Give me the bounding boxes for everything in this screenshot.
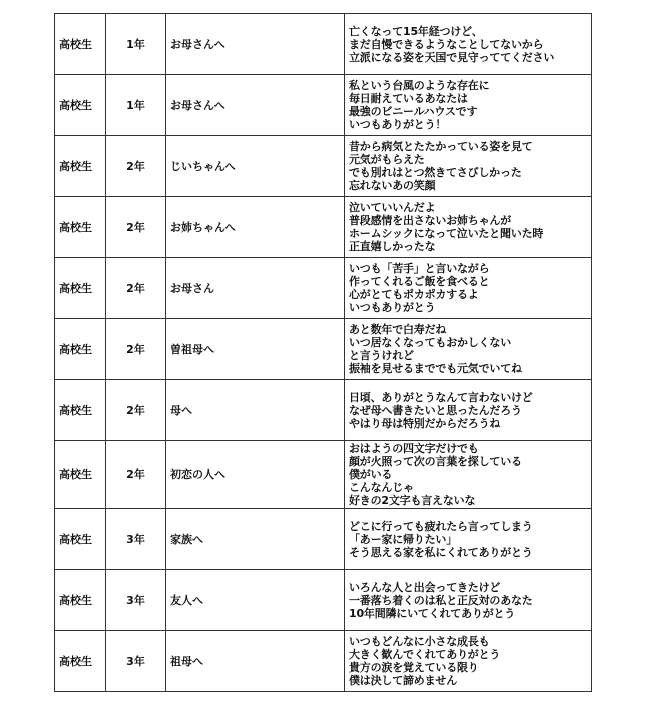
message-line: でも別れはとつ然きてさびしかった — [349, 166, 587, 179]
grade-cell: 2年 — [106, 258, 166, 319]
message-line: 元気がもらえた — [349, 153, 587, 166]
message-line: 私という台風のような存在に — [349, 79, 587, 92]
message-line: いつもありがとう！ — [349, 118, 587, 131]
message-cell: 昔から病気とたたかっている姿を見て元気がもらえたでも別れはとつ然きてさびしかった… — [345, 136, 592, 197]
grade-cell: 1年 — [106, 75, 166, 136]
message-cell: いろんな人と出会ってきたけど一番落ち着くのは私と正反対のあなた10年間隣にいてく… — [345, 570, 592, 631]
message-line: そう思える家を私にくれてありがとう — [349, 546, 587, 559]
school-cell: 高校生 — [55, 631, 106, 692]
grade-cell: 2年 — [106, 319, 166, 380]
message-cell: 泣いていいんだよ普段感情を出さないお姉ちゃんがホームシックになって泣いたと聞いた… — [345, 197, 592, 258]
school-cell: 高校生 — [55, 197, 106, 258]
message-line: まだ自慢できるようなことしてないから — [349, 38, 587, 51]
grade-cell: 2年 — [106, 380, 166, 441]
message-cell: どこに行っても疲れたら言ってしまう「あー家に帰りたい」そう思える家を私にくれてあ… — [345, 509, 592, 570]
message-line: と言うけれど — [349, 349, 587, 362]
message-line: いつも「苦手」と言いながら — [349, 262, 587, 275]
message-line: やはり母は特別だからだろうね — [349, 417, 587, 430]
message-line: おはようの四文字だけでも — [349, 442, 587, 455]
message-line: 毎日耐えているあなたは — [349, 92, 587, 105]
message-line: どこに行っても疲れたら言ってしまう — [349, 520, 587, 533]
recipient-cell: 家族へ — [166, 509, 345, 570]
school-cell: 高校生 — [55, 380, 106, 441]
table-row: 高校生 3年 家族へ どこに行っても疲れたら言ってしまう「あー家に帰りたい」そう… — [55, 509, 592, 570]
school-cell: 高校生 — [55, 258, 106, 319]
message-line: なぜ母へ書きたいと思ったんだろう — [349, 404, 587, 417]
recipient-cell: 母へ — [166, 380, 345, 441]
school-cell: 高校生 — [55, 570, 106, 631]
messages-table-body: 高校生 1年 お母さんへ 亡くなって15年経つけど、まだ自慢できるようなことして… — [55, 14, 592, 692]
recipient-cell: 曽祖母へ — [166, 319, 345, 380]
message-cell: おはようの四文字だけでも顔が火照って次の言葉を探している僕がいるこんなんじゃ好き… — [345, 441, 592, 509]
table-row: 高校生 2年 お姉ちゃんへ 泣いていいんだよ普段感情を出さないお姉ちゃんがホーム… — [55, 197, 592, 258]
message-line: 日頃、ありがとうなんて言わないけど — [349, 391, 587, 404]
grade-cell: 3年 — [106, 570, 166, 631]
table-row: 高校生 3年 友人へ いろんな人と出会ってきたけど一番落ち着くのは私と正反対のあ… — [55, 570, 592, 631]
message-line: 正直嬉しかったな — [349, 240, 587, 253]
table-row: 高校生 1年 お母さんへ 私という台風のような存在に毎日耐えているあなたは最強の… — [55, 75, 592, 136]
message-line: 昔から病気とたたかっている姿を見て — [349, 140, 587, 153]
recipient-cell: 初恋の人へ — [166, 441, 345, 509]
message-line: いつ居なくなってもおかしくない — [349, 336, 587, 349]
message-line: あと数年で白寿だね — [349, 323, 587, 336]
message-line: 一番落ち着くのは私と正反対のあなた — [349, 594, 587, 607]
school-cell: 高校生 — [55, 75, 106, 136]
school-cell: 高校生 — [55, 441, 106, 509]
message-line: 「あー家に帰りたい」 — [349, 533, 587, 546]
message-line: 作ってくれるご飯を食べると — [349, 275, 587, 288]
message-line: 立派になる姿を天国で見守っててください — [349, 51, 587, 64]
grade-cell: 2年 — [106, 441, 166, 509]
grade-cell: 1年 — [106, 14, 166, 75]
grade-cell: 3年 — [106, 631, 166, 692]
message-line: 忘れないあの笑顔 — [349, 179, 587, 192]
message-cell: いつも「苦手」と言いながら作ってくれるご飯を食べると心がとてもポカポカするよいつ… — [345, 258, 592, 319]
message-line: 大きく歓んでくれてありがとう — [349, 648, 587, 661]
table-row: 高校生 2年 曽祖母へ あと数年で白寿だねいつ居なくなってもおかしくないと言うけ… — [55, 319, 592, 380]
message-line: 顔が火照って次の言葉を探している — [349, 455, 587, 468]
recipient-cell: じいちゃんへ — [166, 136, 345, 197]
table-row: 高校生 2年 初恋の人へ おはようの四文字だけでも顔が火照って次の言葉を探してい… — [55, 441, 592, 509]
recipient-cell: お母さん — [166, 258, 345, 319]
grade-cell: 3年 — [106, 509, 166, 570]
message-line: 普段感情を出さないお姉ちゃんが — [349, 214, 587, 227]
table-row: 高校生 2年 お母さん いつも「苦手」と言いながら作ってくれるご飯を食べると心が… — [55, 258, 592, 319]
message-cell: あと数年で白寿だねいつ居なくなってもおかしくないと言うけれど振袖を見せるまででも… — [345, 319, 592, 380]
recipient-cell: お姉ちゃんへ — [166, 197, 345, 258]
message-line: 貴方の涙を覚えている限り — [349, 661, 587, 674]
school-cell: 高校生 — [55, 14, 106, 75]
grade-cell: 2年 — [106, 136, 166, 197]
recipient-cell: お母さんへ — [166, 75, 345, 136]
message-line: 好きの2文字も言えないな — [349, 494, 587, 507]
message-line: 振袖を見せるまででも元気でいてね — [349, 362, 587, 375]
school-cell: 高校生 — [55, 136, 106, 197]
recipient-cell: 祖母へ — [166, 631, 345, 692]
message-cell: 亡くなって15年経つけど、まだ自慢できるようなことしてないから立派になる姿を天国… — [345, 14, 592, 75]
recipient-cell: お母さんへ — [166, 14, 345, 75]
grade-cell: 2年 — [106, 197, 166, 258]
message-line: 心がとてもポカポカするよ — [349, 288, 587, 301]
message-line: 僕がいる — [349, 468, 587, 481]
school-cell: 高校生 — [55, 319, 106, 380]
message-cell: 日頃、ありがとうなんて言わないけどなぜ母へ書きたいと思ったんだろうやはり母は特別… — [345, 380, 592, 441]
table-row: 高校生 2年 母へ 日頃、ありがとうなんて言わないけどなぜ母へ書きたいと思ったん… — [55, 380, 592, 441]
school-cell: 高校生 — [55, 509, 106, 570]
message-line: 10年間隣にいてくれてありがとう — [349, 607, 587, 620]
messages-table: 高校生 1年 お母さんへ 亡くなって15年経つけど、まだ自慢できるようなことして… — [54, 13, 592, 692]
message-line: 最強のビニールハウスです — [349, 105, 587, 118]
table-row: 高校生 3年 祖母へ いつもどんなに小さな成長も大きく歓んでくれてありがとう貴方… — [55, 631, 592, 692]
message-line: ホームシックになって泣いたと聞いた時 — [349, 227, 587, 240]
message-line: いつもどんなに小さな成長も — [349, 635, 587, 648]
message-line: いろんな人と出会ってきたけど — [349, 581, 587, 594]
message-cell: いつもどんなに小さな成長も大きく歓んでくれてありがとう貴方の涙を覚えている限り僕… — [345, 631, 592, 692]
message-line: こんなんじゃ — [349, 481, 587, 494]
table-row: 高校生 2年 じいちゃんへ 昔から病気とたたかっている姿を見て元気がもらえたでも… — [55, 136, 592, 197]
message-line: 僕は決して諦めません — [349, 674, 587, 687]
message-cell: 私という台風のような存在に毎日耐えているあなたは最強のビニールハウスですいつもあ… — [345, 75, 592, 136]
table-row: 高校生 1年 お母さんへ 亡くなって15年経つけど、まだ自慢できるようなことして… — [55, 14, 592, 75]
message-line: いつもありがとう — [349, 301, 587, 314]
message-line: 泣いていいんだよ — [349, 201, 587, 214]
message-line: 亡くなって15年経つけど、 — [349, 25, 587, 38]
recipient-cell: 友人へ — [166, 570, 345, 631]
